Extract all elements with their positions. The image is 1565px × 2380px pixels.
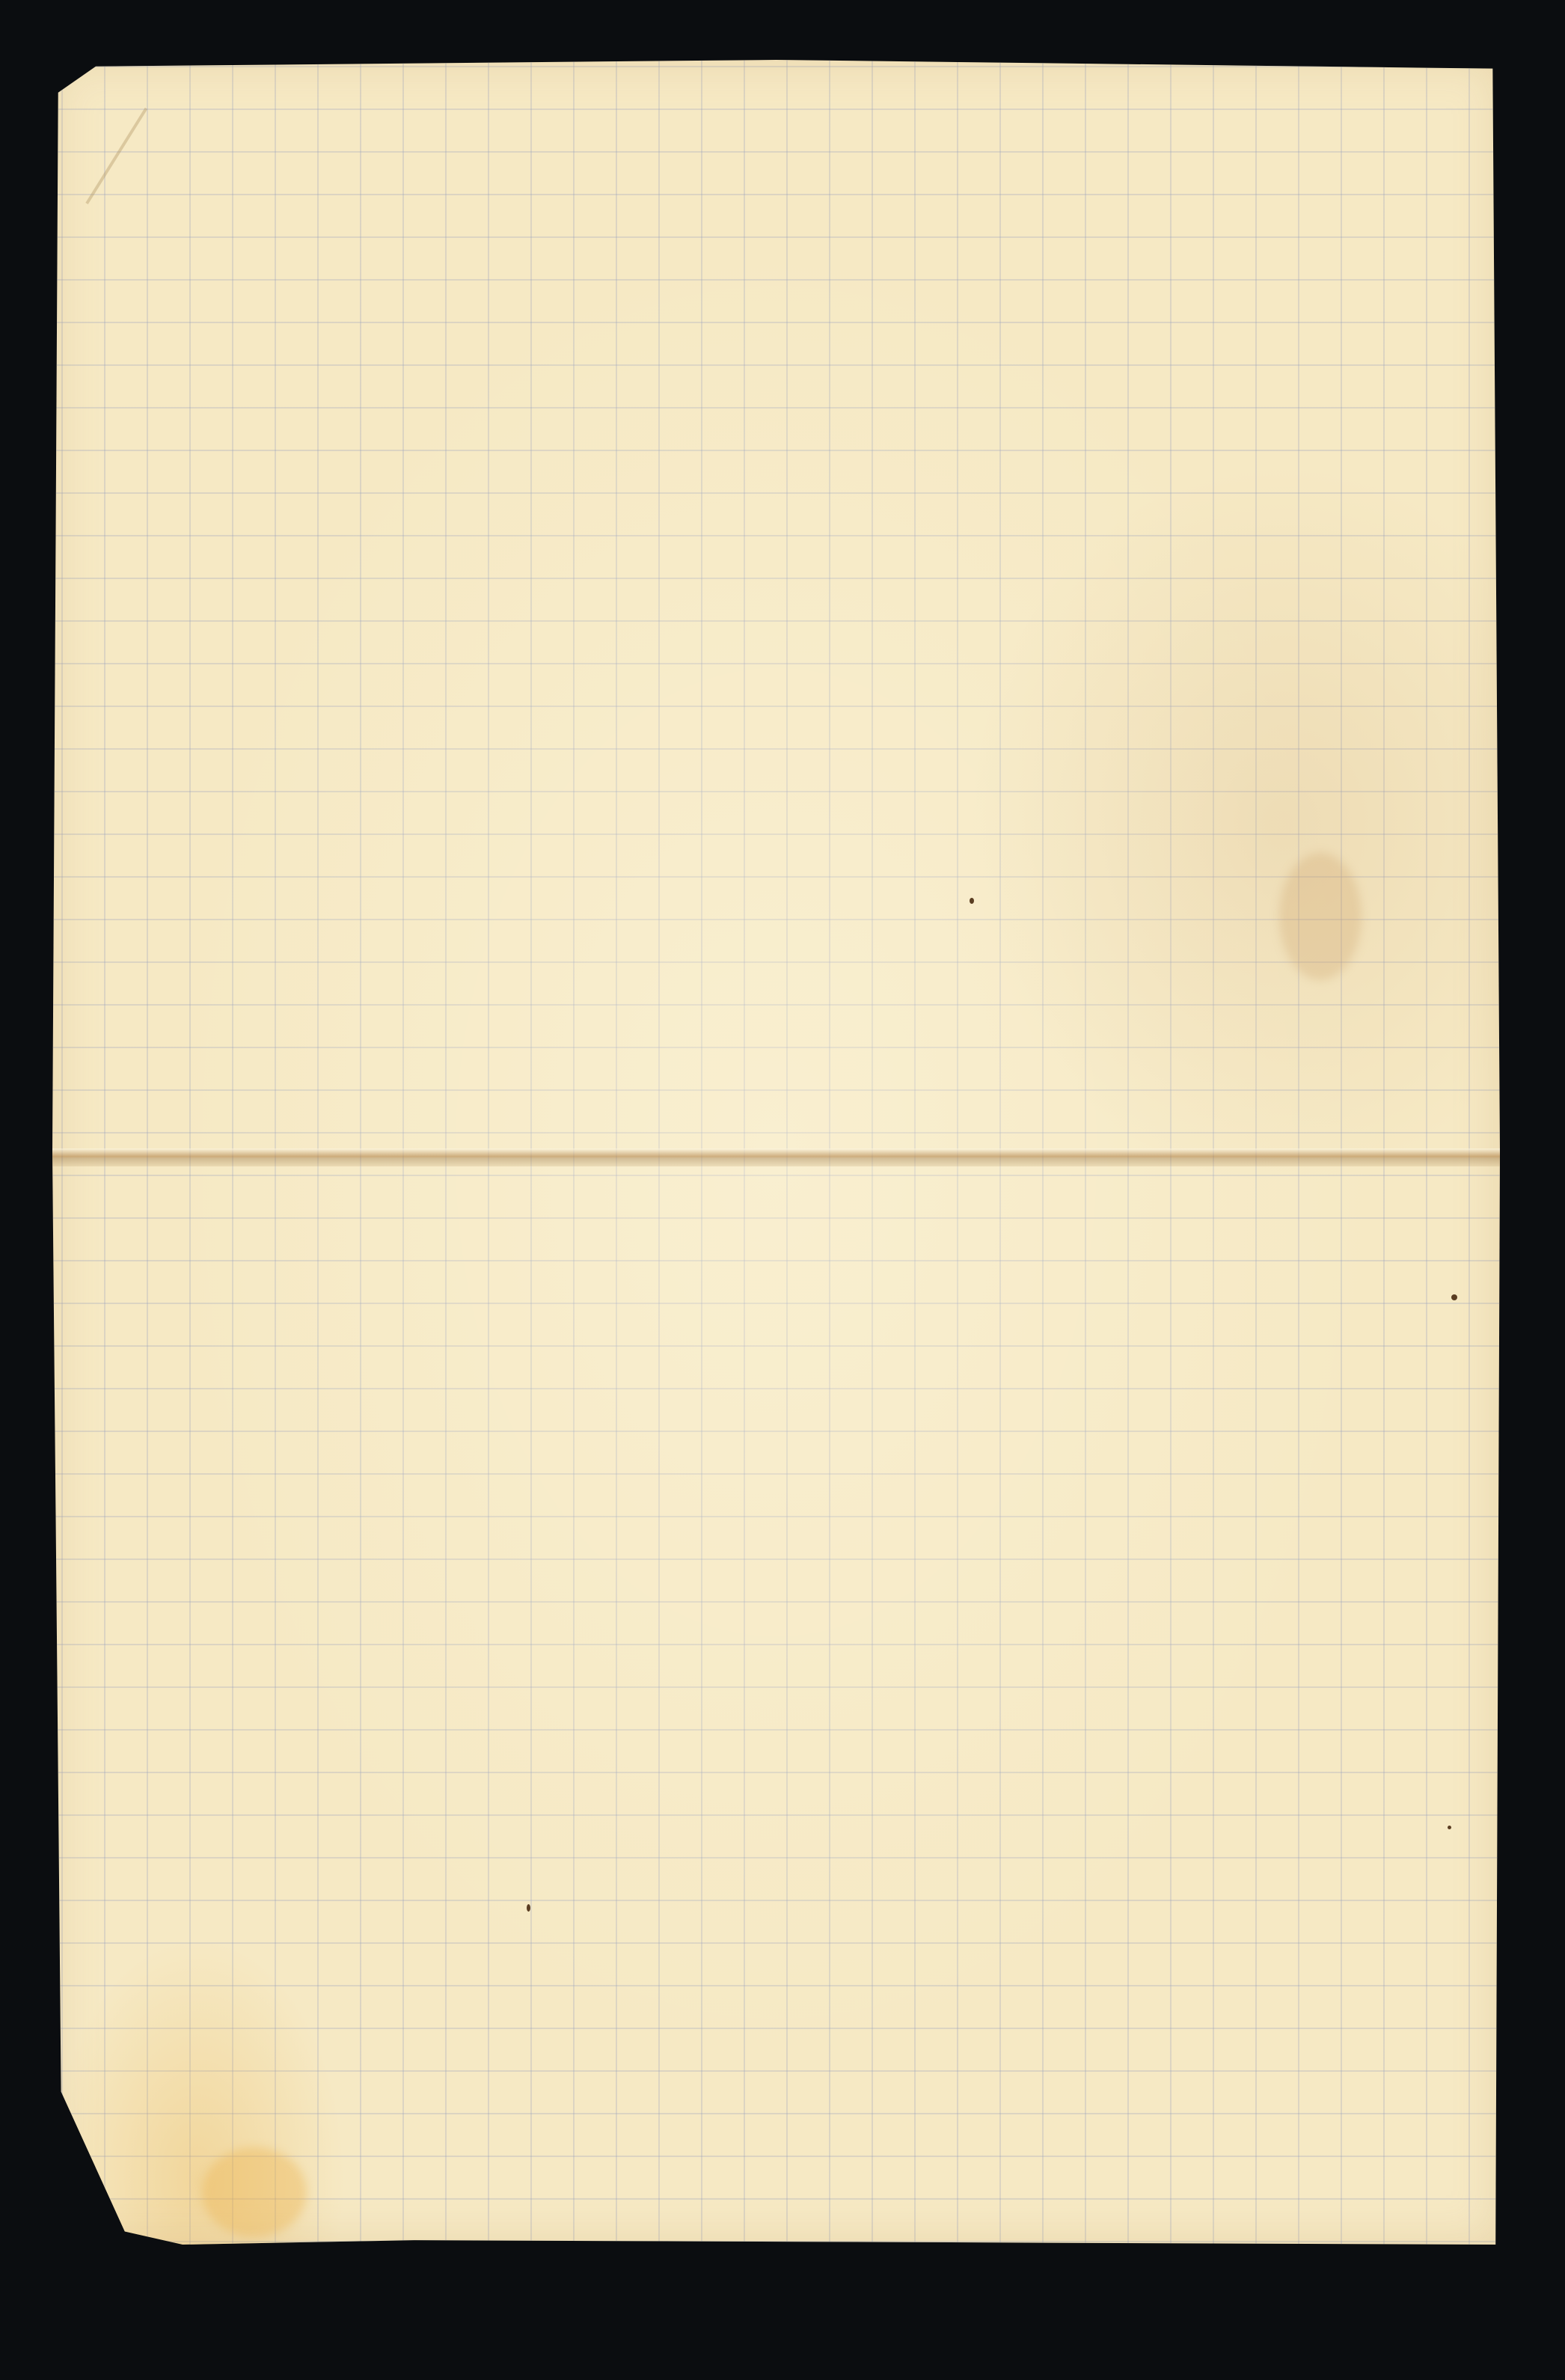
ink-spot bbox=[1451, 1294, 1457, 1300]
paper-sheet bbox=[52, 60, 1500, 2245]
water-stain bbox=[202, 2147, 307, 2237]
corner-crease bbox=[85, 108, 147, 204]
ink-spot bbox=[1197, 60, 1200, 63]
fold-crease bbox=[52, 1148, 1500, 1166]
ink-spot bbox=[1448, 1826, 1451, 1829]
ink-spot bbox=[970, 898, 974, 904]
ink-spot bbox=[527, 1904, 530, 1912]
foxing-stain bbox=[1279, 853, 1362, 980]
